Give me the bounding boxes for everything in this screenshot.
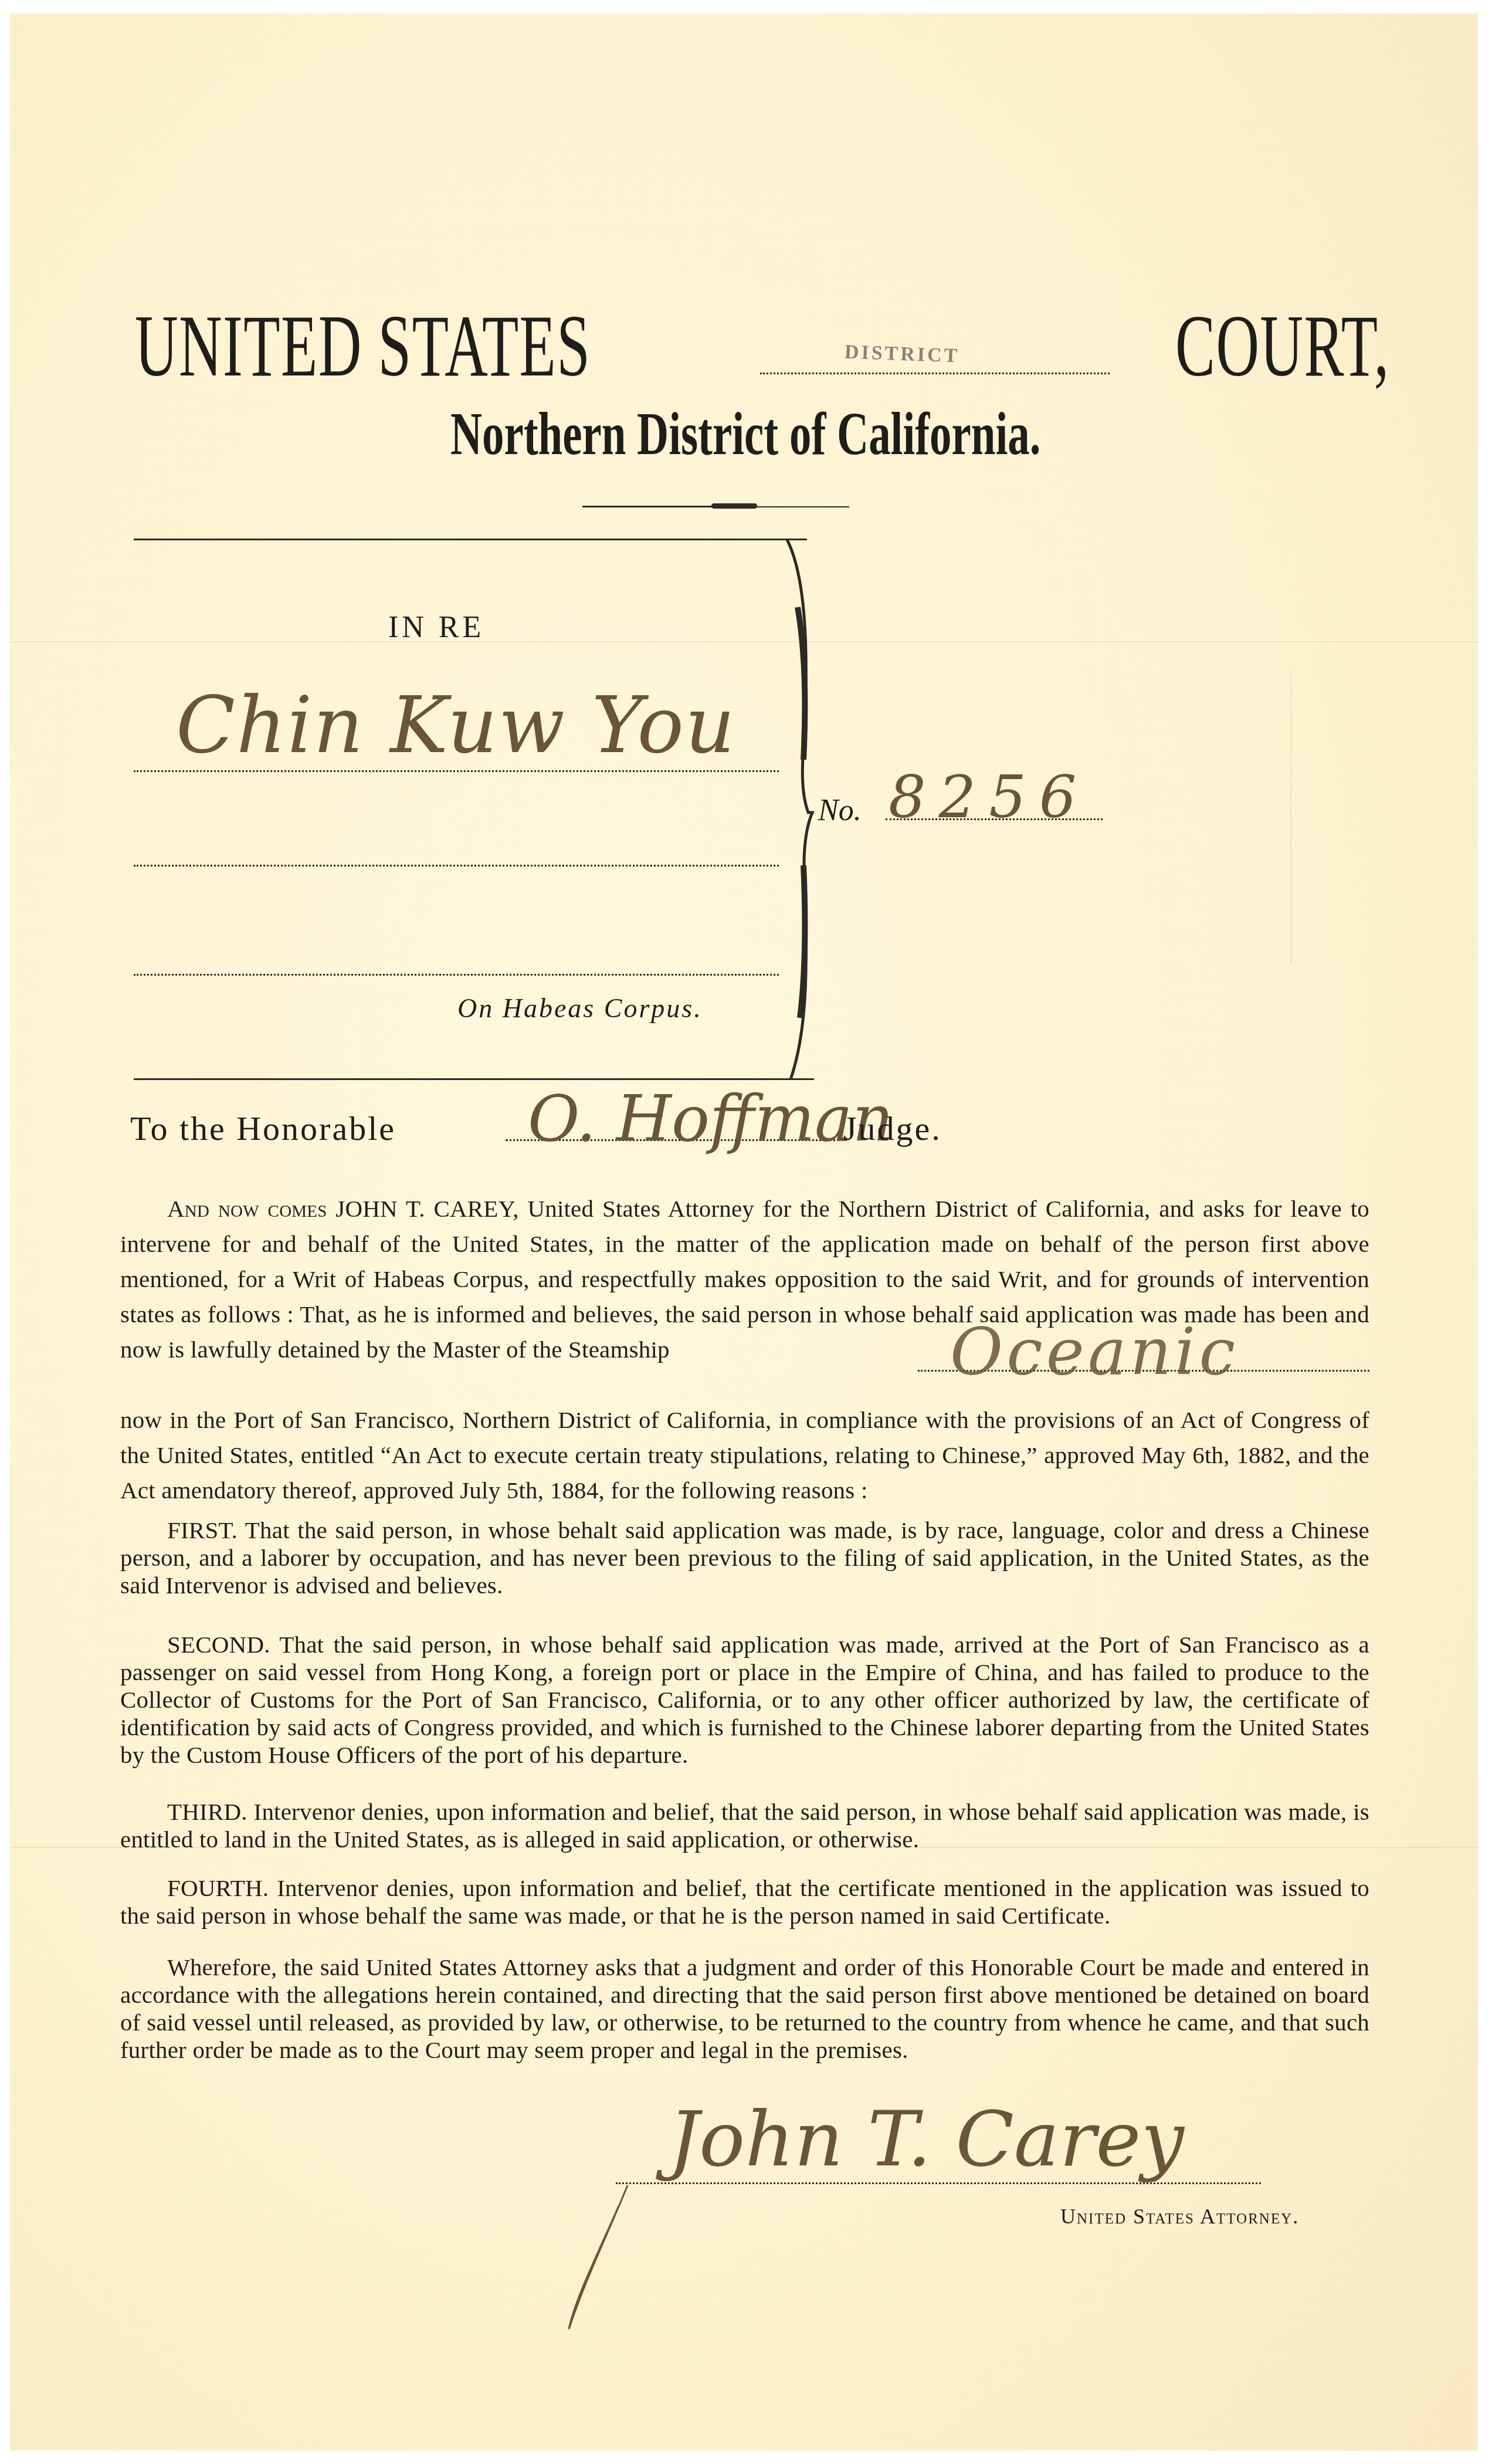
caption-blank-line — [134, 865, 779, 867]
attorney-signature-handwritten: John T. Carey — [669, 2094, 1184, 2184]
reason-text: That the said person, in whose behalf sa… — [120, 1631, 1369, 1768]
judge-name-handwritten: O. Hoffman — [528, 1082, 893, 1156]
intro-paragraph-continued: now in the Port of San Francisco, Northe… — [120, 1402, 1369, 1508]
court-type-blank — [760, 367, 1110, 374]
proceeding-type: On Habeas Corpus. — [457, 993, 703, 1024]
address-prefix: To the Honorable — [130, 1109, 396, 1148]
reason-first: FIRST. That the said person, in whose be… — [120, 1517, 1369, 1599]
paper-fold-line — [10, 641, 1478, 642]
petitioner-name-line — [134, 770, 779, 772]
reason-label: FOURTH. — [167, 1874, 269, 1901]
signature-line — [616, 2182, 1261, 2184]
steamship-name-handwritten: Oceanic — [950, 1314, 1239, 1389]
intro-lead-smallcaps: And now comes — [167, 1195, 327, 1222]
court-district-subtitle: Northern District of California. — [208, 399, 1283, 469]
title-court: COURT, — [1175, 302, 1390, 390]
case-number-label: No. — [818, 793, 862, 828]
reason-text: That the said person, in whose behalt sa… — [120, 1517, 1369, 1599]
reason-label: SECOND. — [167, 1631, 270, 1658]
reason-text: Intervenor denies, upon information and … — [120, 1874, 1369, 1929]
wherefore-text: Wherefore, the said United States Attorn… — [120, 1954, 1369, 2064]
ornamental-rule-divider — [582, 503, 850, 510]
title-united-states: UNITED STATES — [135, 302, 591, 390]
address-suffix: Judge. — [843, 1109, 942, 1148]
wherefore-paragraph: Wherefore, the said United States Attorn… — [120, 1954, 1369, 2064]
reason-label: THIRD. — [167, 1798, 247, 1825]
court-title: UNITED STATES COURT, — [135, 302, 1390, 396]
caption-bottom-rule — [134, 1078, 814, 1080]
paper-fold-line — [1290, 671, 1291, 964]
petitioner-name-handwritten: Chin Kuw You — [176, 681, 736, 771]
reason-third: THIRD. Intervenor denies, upon informati… — [120, 1798, 1369, 1853]
reason-text: Intervenor denies, upon information and … — [120, 1798, 1369, 1853]
attorney-title: United States Attorney. — [1060, 2204, 1299, 2229]
court-type-stamp: DISTRICT — [844, 341, 960, 368]
signature-flourish-icon — [563, 2182, 633, 2335]
reason-second: SECOND. That the said person, in whose b… — [120, 1631, 1369, 1769]
caption-top-rule — [134, 539, 807, 540]
intro-text-continued: now in the Port of San Francisco, Northe… — [120, 1402, 1369, 1508]
in-re-label: IN RE — [388, 610, 484, 645]
case-number-handwritten: 8256 — [889, 763, 1090, 831]
reason-label: FIRST. — [167, 1517, 238, 1544]
reason-fourth: FOURTH. Intervenor denies, upon informat… — [120, 1874, 1369, 1930]
caption-blank-line — [134, 974, 779, 976]
